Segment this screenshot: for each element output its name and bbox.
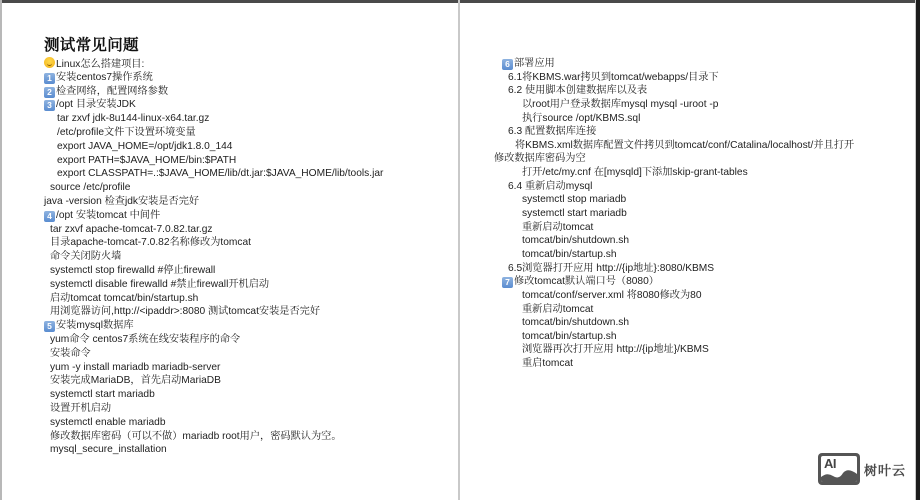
document-line: 浏览器再次打开应用 http://{ip地址}/KBMS [502,343,902,357]
section-heading-text: 安装mysql数据库 [56,320,134,331]
document-line: tomcat/conf/server.xml 将8080修改为80 [502,289,902,303]
section-heading-4: 4/opt 安装tomcat 中间件 [44,209,444,223]
document-line: 重新启动tomcat [502,221,902,235]
document-line: yum命令 centos7系统在线安装程序的命令 [44,333,444,347]
document-line: 重新启动tomcat [502,303,902,317]
watermark-text: 树叶云 [864,460,906,479]
document-line: 6.4 重新启动mysql [502,180,902,194]
left-page: 测试常见问题 Linux怎么搭建项目: 1安装centos7操作系统2检查网络，… [44,36,444,457]
document-line: 以root用户登录数据库mysql mysql -uroot -p [502,98,902,112]
document-line: 执行source /opt/KBMS.sql [502,112,902,126]
left-sections: 1安装centos7操作系统2检查网络，配置网络参数3/opt 目录安装JDKt… [44,71,444,457]
document-line: 修改数据库密码为空 [494,152,902,166]
number-5-badge-icon: 5 [44,321,55,332]
document-line: tar zxvf jdk-8u144-linux-x64.tar.gz [44,112,444,126]
document-line: export JAVA_HOME=/opt/jdk1.8.0_144 [44,140,444,154]
section-heading-text: 修改tomcat默认端口号（8080） [514,276,659,287]
document-line: systemctl stop firewalld #停止firewall [44,264,444,278]
smiley-emoji-icon [44,57,55,68]
document-line: systemctl stop mariadb [502,193,902,207]
document-line: 设置开机启动 [44,402,444,416]
document-line: source /etc/profile [44,181,444,195]
mountain-wave-icon [821,468,857,482]
section-heading-text: 安装centos7操作系统 [56,72,153,83]
section-heading-3: 3/opt 目录安装JDK [44,98,444,112]
document-line: tomcat/bin/shutdown.sh [502,316,902,330]
number-2-badge-icon: 2 [44,87,55,98]
document-line: mysql_secure_installation [44,443,444,457]
document-line: 6.1将KBMS.war拷贝到tomcat/webapps/目录下 [502,71,902,85]
document-title: 测试常见问题 [44,36,444,56]
document-line: export CLASSPATH=.:$JAVA_HOME/lib/dt.jar… [44,167,444,181]
document-line: export PATH=$JAVA_HOME/bin:$PATH [44,154,444,168]
document-line: tomcat/bin/startup.sh [502,248,902,262]
document-line: 6.5浏览器打开应用 http://{ip地址}:8080/KBMS [502,262,902,276]
number-3-badge-icon: 3 [44,100,55,111]
document-line: 安装命令 [44,347,444,361]
document-line: /etc/profile文件下设置环境变量 [44,126,444,140]
document-line: 将KBMS.xml数据库配置文件拷贝到tomcat/conf/Catalina/… [502,139,902,153]
document-line: java -version 检查jdk安装是否完好 [44,195,444,209]
right-page: 6部署应用6.1将KBMS.war拷贝到tomcat/webapps/目录下6.… [502,57,902,371]
document-line: systemctl start mariadb [502,207,902,221]
right-border [916,0,920,500]
document-line: 用浏览器访问,http://<ipaddr>:8080 测试tomcat安装是否… [44,305,444,319]
number-1-badge-icon: 1 [44,73,55,84]
right-sections: 6部署应用6.1将KBMS.war拷贝到tomcat/webapps/目录下6.… [502,57,902,371]
section-heading-text: 检查网络，配置网络参数 [56,86,168,97]
document-line: yum -y install mariadb mariadb-server [44,361,444,375]
document-line: 目录apache-tomcat-7.0.82名称修改为tomcat [44,236,444,250]
document-line: 6.2 使用脚本创建数据库以及表 [502,84,902,98]
section-heading-1: 1安装centos7操作系统 [44,71,444,85]
watermark: AI 树叶云 [818,453,906,485]
section-heading-text: 部署应用 [514,58,555,69]
document-line: systemctl enable mariadb [44,416,444,430]
top-border [0,0,920,3]
document-line: systemctl start mariadb [44,388,444,402]
document-line: tomcat/bin/startup.sh [502,330,902,344]
document-line: tomcat/bin/shutdown.sh [502,234,902,248]
document-line: tar zxvf apache-tomcat-7.0.82.tar.gz [44,223,444,237]
section-heading-text: /opt 安装tomcat 中间件 [56,210,160,221]
left-border [0,0,2,500]
section-heading-7: 7修改tomcat默认端口号（8080） [502,275,902,289]
section-heading-6: 6部署应用 [502,57,902,71]
section-heading-5: 5安装mysql数据库 [44,319,444,333]
section-heading-2: 2检查网络，配置网络参数 [44,85,444,99]
number-4-badge-icon: 4 [44,211,55,222]
document-line: 6.3 配置数据库连接 [502,125,902,139]
number-6-badge-icon: 6 [502,59,513,70]
ai-image-logo-icon: AI [818,453,860,485]
intro-line: Linux怎么搭建项目: [44,57,444,71]
document-line: 修改数据库密码（可以不做）mariadb root用户，密码默认为空。 [44,430,444,444]
document-line: systemctl disable firewalld #禁止firewall开… [44,278,444,292]
document-line: 重启tomcat [502,357,902,371]
document-viewer: 测试常见问题 Linux怎么搭建项目: 1安装centos7操作系统2检查网络，… [0,0,920,500]
intro-text: Linux怎么搭建项目: [56,59,144,70]
document-line: 打开/etc/my.cnf 在[mysqld]下添加skip-grant-tab… [502,166,902,180]
document-line: 命令关闭防火墙 [44,250,444,264]
page-divider [458,0,460,500]
document-line: 安装完成MariaDB，首先启动MariaDB [44,374,444,388]
section-heading-text: /opt 目录安装JDK [56,99,136,110]
number-7-badge-icon: 7 [502,277,513,288]
document-line: 启动tomcat tomcat/bin/startup.sh [44,292,444,306]
